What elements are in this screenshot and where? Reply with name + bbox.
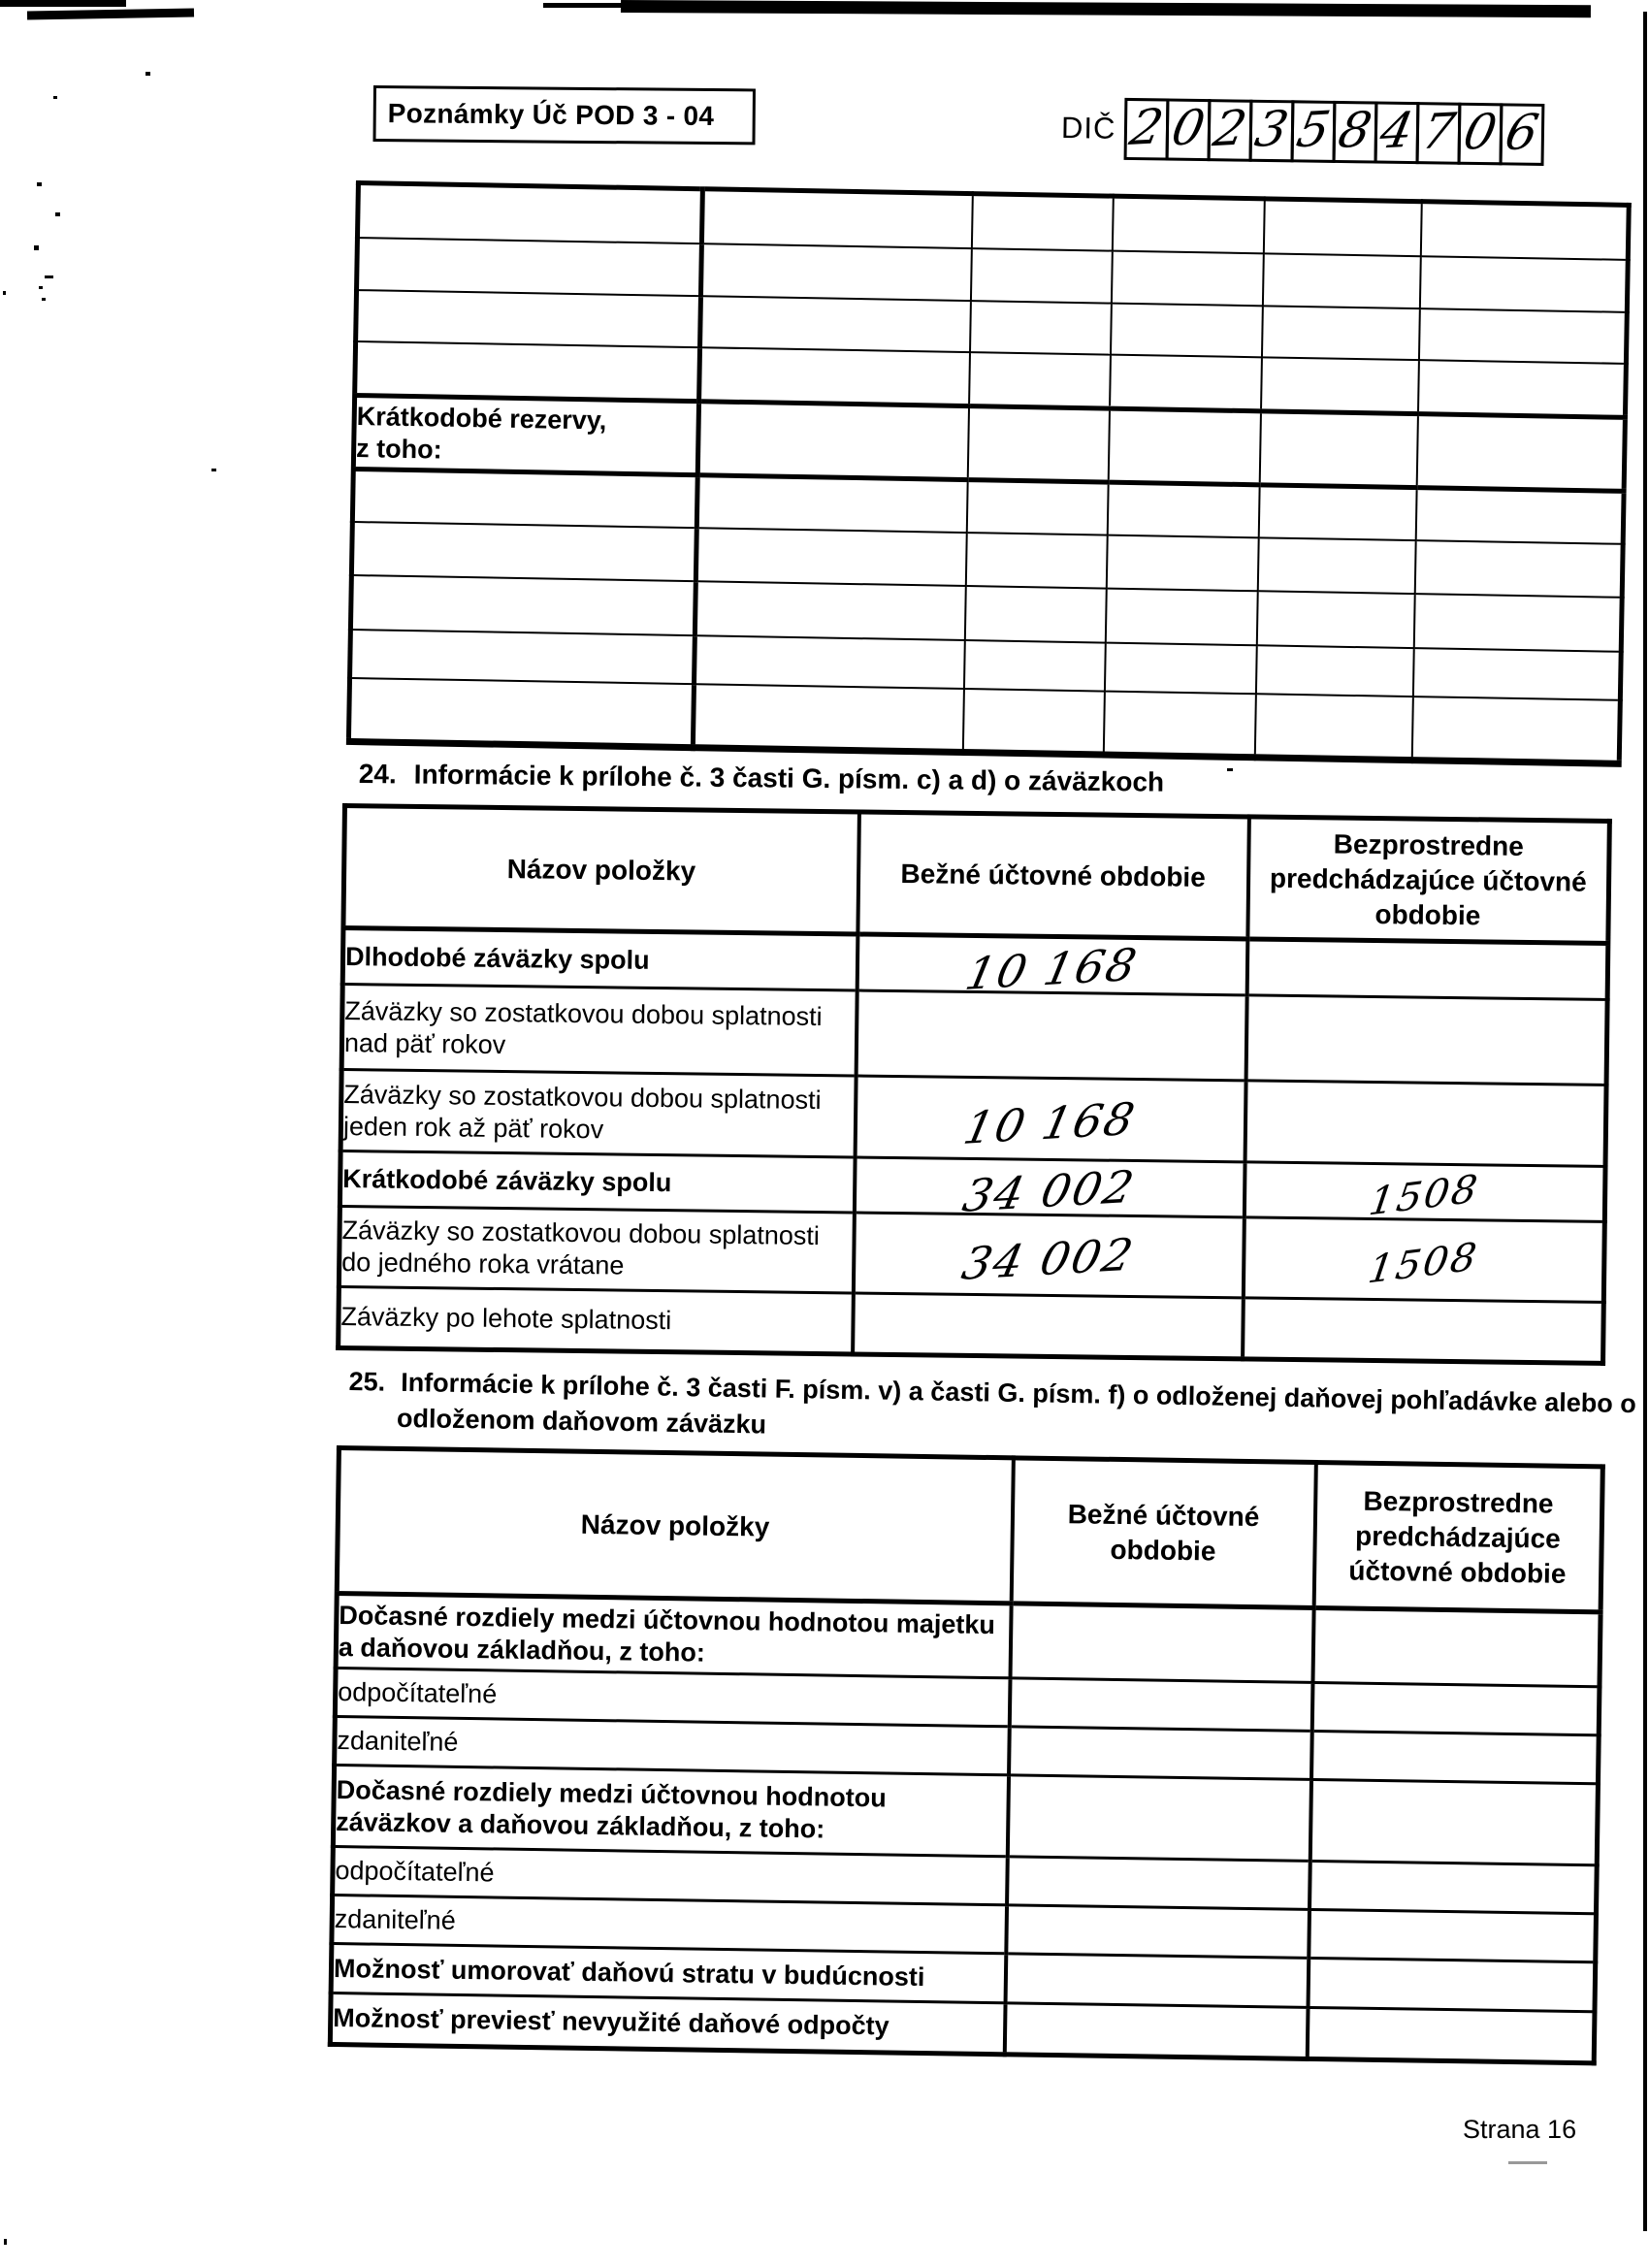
row-label: Možnosť previesť nevyužité daňové odpočt… xyxy=(330,1993,1005,2054)
scan-artifact xyxy=(27,8,194,19)
empty-cell xyxy=(1106,535,1258,591)
handwritten-value: 10 168 xyxy=(959,1092,1141,1154)
dic-digit-box: 6 xyxy=(1500,103,1545,166)
row-label: Krátkodobé záväzky spolu xyxy=(339,1151,855,1213)
scan-speck xyxy=(34,245,39,250)
dic-digit: 0 xyxy=(1168,103,1209,153)
reserves-table: Krátkodobé rezervy, z toho: xyxy=(346,180,1632,767)
value-cell-current: 10 168 xyxy=(857,934,1247,995)
scan-speck xyxy=(45,275,53,278)
empty-cell xyxy=(699,347,970,406)
scan-artifact xyxy=(621,0,1591,17)
empty-cell xyxy=(1103,691,1255,758)
empty-cell xyxy=(1110,354,1262,411)
empty-cell xyxy=(350,629,695,683)
value-cell-current xyxy=(1006,1905,1309,1959)
value-cell-current xyxy=(1007,1775,1310,1862)
dic-digit-box: 3 xyxy=(1249,100,1295,163)
dic-digit: 2 xyxy=(1126,102,1167,152)
empty-cell xyxy=(970,248,1112,304)
empty-cell xyxy=(966,480,1108,535)
handwritten-value: 10 168 xyxy=(961,938,1143,1000)
empty-cell xyxy=(357,183,702,243)
section-25-number: 25. xyxy=(348,1367,385,1397)
row-label: Záväzky so zostatkovou dobou splatnosti … xyxy=(339,1206,854,1292)
value-cell-current xyxy=(1004,2003,1308,2059)
dic-label: DIČ xyxy=(1061,111,1116,146)
dic-digit-box: 0 xyxy=(1166,99,1212,162)
scan-speck xyxy=(145,72,150,76)
scan-speck xyxy=(4,2239,7,2245)
scan-artifact xyxy=(1643,12,1647,2231)
empty-cell xyxy=(1111,250,1263,306)
empty-cell xyxy=(351,521,696,580)
value-cell-current: 34 002 xyxy=(853,1213,1244,1298)
col-header-current-period: Bežné účtovné obdobie xyxy=(1011,1458,1315,1608)
empty-cell xyxy=(971,194,1113,251)
empty-cell xyxy=(1255,645,1413,697)
scan-speck xyxy=(42,298,46,301)
dic-digit-box: 2 xyxy=(1124,98,1170,161)
dic-digit-box: 2 xyxy=(1208,99,1253,162)
dic-digit: 4 xyxy=(1376,106,1417,156)
empty-cell xyxy=(1413,594,1622,652)
value-cell-previous: 1508 xyxy=(1243,1217,1604,1303)
value-cell-previous xyxy=(1243,1298,1604,1364)
value-cell-previous: 1508 xyxy=(1244,1162,1605,1222)
empty-cell xyxy=(693,684,963,753)
section-24-table-wrapper: Názov položky Bežné účtovné obdobie Bezp… xyxy=(336,803,1612,1366)
form-id-label: Poznámky Úč POD 3 - 04 xyxy=(376,98,715,132)
empty-cell xyxy=(1260,357,1418,414)
dic-digit: 5 xyxy=(1293,105,1334,155)
dic-digit: 2 xyxy=(1210,104,1250,154)
value-cell-previous xyxy=(1307,2007,1595,2062)
dic-digit: 3 xyxy=(1251,104,1292,154)
value-cell-previous xyxy=(1308,1958,1596,2011)
scan-speck xyxy=(39,286,43,289)
value-cell-current: 34 002 xyxy=(854,1157,1245,1217)
empty-cell xyxy=(357,238,702,296)
empty-cell xyxy=(970,301,1112,355)
dic-digit-box: 7 xyxy=(1416,102,1462,165)
page-number: Strana 16 xyxy=(1463,2115,1576,2145)
dic-digit-box: 8 xyxy=(1333,101,1378,164)
col-header-previous-period: Bezprostredne predchádzajúce účtovné obd… xyxy=(1247,817,1610,944)
value-cell-previous xyxy=(1245,1081,1606,1167)
empty-cell xyxy=(1418,308,1627,364)
empty-cell xyxy=(350,574,695,634)
value-cell-current xyxy=(1005,1954,1309,2008)
value-cell-current: 10 168 xyxy=(855,1076,1245,1162)
section-24-title: Informácie k prílohe č. 3 časti G. písm.… xyxy=(414,760,1165,797)
empty-cell xyxy=(1108,408,1260,485)
scan-speck xyxy=(1227,768,1233,771)
col-header-item-name: Názov položky xyxy=(337,1448,1013,1604)
empty-cell xyxy=(1254,694,1412,761)
col-header-previous-period: Bezprostredne predchádzajúce účtovné obd… xyxy=(1313,1462,1602,1611)
handwritten-value: 1508 xyxy=(1366,1235,1481,1292)
empty-cell xyxy=(1419,256,1628,312)
dic-digit-box: 0 xyxy=(1458,103,1503,166)
dic-digit-box: 5 xyxy=(1291,100,1337,163)
section-24-heading: 24.Informácie k prílohe č. 3 časti G. pí… xyxy=(359,759,1165,798)
table-header-row: Názov položky Bežné účtovné obdobie Bezp… xyxy=(343,806,1609,944)
top-table-wrapper: Krátkodobé rezervy, z toho: xyxy=(346,180,1632,767)
row-label: Dočasné rozdiely medzi účtovnou hodnotou… xyxy=(336,1594,1011,1678)
empty-cell xyxy=(356,290,701,347)
handwritten-value: 1508 xyxy=(1367,1167,1482,1224)
dic-digit: 6 xyxy=(1502,108,1542,158)
section-25-heading: 25.Informácie k prílohe č. 3 časti F. pí… xyxy=(348,1364,1636,1458)
empty-cell xyxy=(1104,642,1256,694)
empty-cell xyxy=(1105,588,1257,645)
empty-cell xyxy=(700,243,971,301)
value-cell-previous xyxy=(1309,1909,1597,1961)
empty-cell xyxy=(1110,303,1262,357)
row-label-short-term-reserves: Krátkodobé rezervy, z toho: xyxy=(353,396,698,475)
value-cell-previous xyxy=(1311,1731,1600,1783)
empty-cell xyxy=(352,469,697,527)
dic-row: DIČ 2 0 2 3 5 8 4 7 0 6 xyxy=(1061,97,1545,166)
section-25-table-wrapper: Názov položky Bežné účtovné obdobie Bezp… xyxy=(328,1445,1605,2065)
empty-cell xyxy=(1258,485,1416,540)
table-row: Záväzky so zostatkovou dobou splatnosti … xyxy=(340,1070,1606,1167)
table-row: Záväzky so zostatkovou dobou splatnosti … xyxy=(341,985,1607,1085)
empty-cell xyxy=(1112,196,1264,253)
empty-cell xyxy=(695,581,965,640)
empty-cell xyxy=(355,341,700,402)
liabilities-table: Názov položky Bežné účtovné obdobie Bezp… xyxy=(336,803,1612,1366)
value-cell-previous xyxy=(1311,1682,1600,1734)
empty-cell xyxy=(697,402,968,480)
empty-cell xyxy=(967,406,1109,483)
handwritten-value: 34 002 xyxy=(958,1160,1140,1222)
empty-cell xyxy=(1257,537,1415,594)
empty-cell xyxy=(696,475,967,533)
row-label: Záväzky so zostatkovou dobou splatnosti … xyxy=(340,1070,856,1157)
empty-cell xyxy=(1415,488,1624,544)
empty-cell xyxy=(1414,540,1623,598)
value-cell-current xyxy=(1009,1678,1312,1732)
empty-cell xyxy=(1411,697,1620,764)
empty-cell xyxy=(695,528,966,586)
scan-speck xyxy=(3,291,6,295)
scanned-form-page: Poznámky Úč POD 3 - 04 DIČ 2 0 2 3 5 8 4… xyxy=(0,0,1649,2268)
row-label: Dočasné rozdiely medzi účtovnou hodnotou… xyxy=(333,1766,1008,1857)
empty-cell xyxy=(962,689,1104,756)
value-cell-current xyxy=(1010,1604,1313,1683)
empty-cell xyxy=(1412,648,1621,700)
col-header-current-period: Bežné účtovné obdobie xyxy=(857,812,1249,939)
dic-digit: 8 xyxy=(1335,105,1375,155)
empty-cell xyxy=(1107,482,1259,537)
form-id-box: Poznámky Úč POD 3 - 04 xyxy=(372,85,755,145)
empty-cell xyxy=(964,586,1106,643)
col-header-item-name: Názov položky xyxy=(343,806,858,934)
value-cell-previous xyxy=(1246,939,1608,1000)
empty-cell xyxy=(700,296,971,352)
row-label: Záväzky so zostatkovou dobou splatnosti … xyxy=(341,985,857,1076)
empty-cell xyxy=(969,352,1111,409)
empty-cell xyxy=(1259,411,1417,488)
scan-speck xyxy=(1508,2161,1547,2164)
dic-digit-box: 4 xyxy=(1374,102,1420,165)
empty-cell xyxy=(701,189,972,248)
empty-cell xyxy=(1262,253,1420,308)
empty-cell xyxy=(1256,591,1414,648)
empty-cell xyxy=(1416,414,1625,492)
table-header-row: Názov položky Bežné účtovné obdobie Bezp… xyxy=(337,1448,1602,1612)
value-cell-current xyxy=(1007,1857,1310,1910)
empty-cell xyxy=(695,635,965,689)
empty-cell xyxy=(1420,202,1629,260)
dic-boxes: 2 0 2 3 5 8 4 7 0 6 xyxy=(1127,98,1545,166)
value-cell-current xyxy=(1009,1727,1312,1780)
row-label: Záväzky po lehote splatnosti xyxy=(339,1286,854,1353)
empty-cell xyxy=(1261,306,1419,360)
handwritten-value: 34 002 xyxy=(957,1228,1139,1290)
deferred-tax-table: Názov položky Bežné účtovné obdobie Bezp… xyxy=(328,1445,1605,2065)
value-cell-previous xyxy=(1309,1779,1598,1864)
empty-cell xyxy=(963,640,1105,692)
empty-cell xyxy=(1417,360,1626,418)
value-cell-previous xyxy=(1245,995,1607,1085)
row-label: Dlhodobé záväzky spolu xyxy=(342,928,857,990)
scan-speck xyxy=(55,212,60,216)
scan-speck xyxy=(37,182,42,186)
section-24-number: 24. xyxy=(359,759,397,789)
dic-digit: 0 xyxy=(1460,107,1501,157)
empty-cell xyxy=(965,533,1107,589)
scan-speck xyxy=(211,469,216,471)
empty-cell xyxy=(1263,199,1421,256)
dic-digit: 7 xyxy=(1418,107,1459,157)
empty-cell xyxy=(348,677,694,747)
value-cell-current xyxy=(853,1293,1244,1359)
scan-artifact xyxy=(0,0,126,7)
value-cell-previous xyxy=(1309,1861,1598,1913)
value-cell-current xyxy=(856,990,1246,1081)
value-cell-previous xyxy=(1312,1607,1600,1686)
scan-speck xyxy=(53,96,57,99)
